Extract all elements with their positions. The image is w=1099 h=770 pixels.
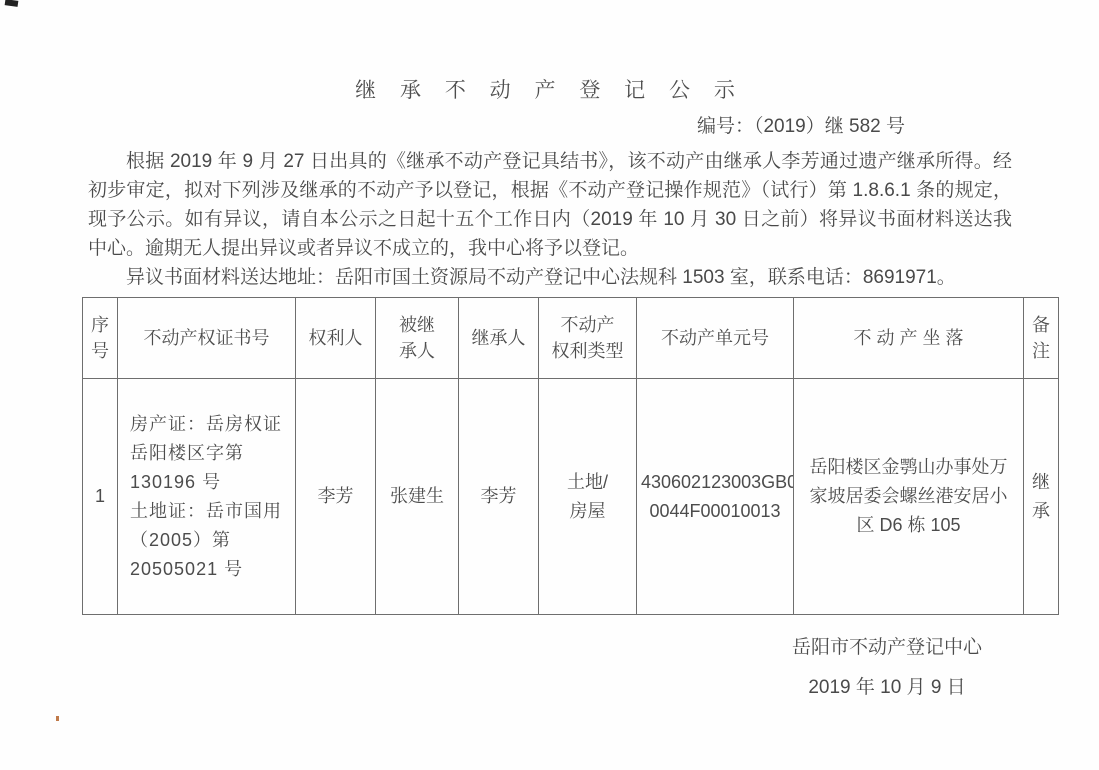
header-cert-no: 不动产权证书号 [118, 298, 296, 379]
notice-table: 序 号 不动产权证书号 权利人 被继 承人 继承人 不动产 权利类型 不动产单元… [82, 297, 1059, 615]
scan-speck-top-left [5, 0, 19, 7]
notice-paragraph-main: 根据 2019 年 9 月 27 日出具的《继承不动产登记具结书》，该不动产由继… [88, 147, 1012, 263]
cell-seq: 1 [83, 379, 118, 615]
cell-unit-no: 430602123003GB0 0044F00010013 [637, 379, 794, 615]
cell-cert-no: 房产证：岳房权证岳阳楼区字第 130196 号 土地证：岳市国用（2005）第 … [118, 379, 296, 615]
header-seq: 序 号 [83, 298, 118, 379]
header-decedent: 被继 承人 [376, 298, 459, 379]
header-location: 不 动 产 坐 落 [794, 298, 1024, 379]
header-unit-no: 不动产单元号 [637, 298, 794, 379]
notice-body: 根据 2019 年 9 月 27 日出具的《继承不动产登记具结书》，该不动产由继… [88, 147, 1012, 292]
doc-number: 编号：（2019）继 582 号 [0, 111, 1099, 138]
issue-date: 2019 年 10 月 9 日 [737, 672, 1037, 699]
issuing-organization: 岳阳市不动产登记中心 [737, 632, 1037, 659]
signature-block: 岳阳市不动产登记中心 2019 年 10 月 9 日 [737, 632, 1037, 699]
cell-heir: 李芳 [459, 379, 539, 615]
header-right-type: 不动产 权利类型 [539, 298, 637, 379]
header-heir: 继承人 [459, 298, 539, 379]
cell-decedent: 张建生 [376, 379, 459, 615]
header-remark: 备 注 [1024, 298, 1059, 379]
scan-speck-bottom-left [56, 716, 59, 721]
cell-right-type: 土地/ 房屋 [539, 379, 637, 615]
page-title: 继 承 不 动 产 登 记 公 示 [0, 74, 1099, 104]
cell-right-holder: 李芳 [296, 379, 376, 615]
header-right-holder: 权利人 [296, 298, 376, 379]
table-row: 1 房产证：岳房权证岳阳楼区字第 130196 号 土地证：岳市国用（2005）… [83, 379, 1059, 615]
notice-paragraph-address: 异议书面材料送达地址：岳阳市国土资源局不动产登记中心法规科 1503 室，联系电… [88, 263, 1012, 292]
scanned-notice-page: 继 承 不 动 产 登 记 公 示 编号：（2019）继 582 号 根据 20… [0, 0, 1099, 770]
cell-remark: 继 承 [1024, 379, 1059, 615]
cell-location: 岳阳楼区金鹗山办事处万家坡居委会螺丝港安居小区 D6 栋 105 [794, 379, 1024, 615]
table-header-row: 序 号 不动产权证书号 权利人 被继 承人 继承人 不动产 权利类型 不动产单元… [83, 298, 1059, 379]
